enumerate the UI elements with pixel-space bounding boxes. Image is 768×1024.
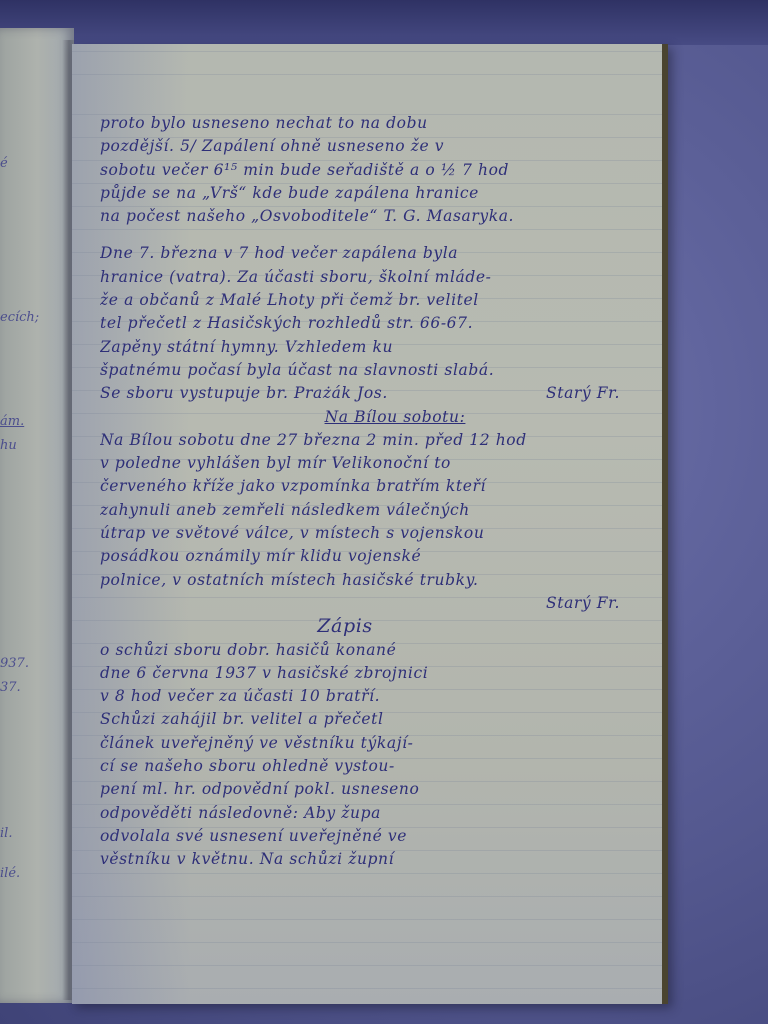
text-line: Schůzi zahájil br. velitel a přečetl	[100, 708, 650, 731]
text-line: cí se našeho sboru ohledně vystou-	[100, 755, 650, 778]
left-fragment: é	[0, 156, 8, 171]
signature: Starý Fr.	[100, 592, 650, 615]
left-fragment: 37.	[0, 680, 21, 695]
text-line: útrap ve světové válce, v místech s voje…	[100, 522, 650, 545]
text-line: pozdější. 5/ Zapálení ohně usneseno že v	[100, 135, 650, 158]
text-line: půjde se na „Vrš“ kde bude zapálena hran…	[100, 182, 650, 205]
left-fragment: hu	[0, 438, 17, 453]
text-line: že a občanů z Malé Lhoty při čemž br. ve…	[100, 289, 650, 312]
text-line: odvolala své usnesení uveřejněné ve	[100, 825, 650, 848]
text-line: tel přečetl z Hasičských rozhledů str. 6…	[100, 312, 650, 335]
text-line-content: Se sboru vystupuje br. Prażák Jos.	[100, 384, 388, 402]
section-heading: Na Bílou sobotu:	[100, 406, 650, 429]
left-fragment: ecích;	[0, 310, 39, 325]
left-fragment: il.	[0, 826, 12, 841]
section-heading: Zápis	[100, 615, 650, 638]
left-fragment: ilé.	[0, 866, 20, 881]
text-line: proto bylo usneseno nechat to na dobu	[100, 112, 650, 135]
text-line: věstníku v květnu. Na schůzi župní	[100, 848, 650, 871]
text-line: o schůzi sboru dobr. hasičů konané	[100, 639, 650, 662]
text-line: zahynuli aneb zemřeli následkem válečnýc…	[100, 499, 650, 522]
text-line: dne 6 června 1937 v hasičské zbrojnici	[100, 662, 650, 685]
text-line: pení ml. hr. odpovědní pokl. usneseno	[100, 778, 650, 801]
text-line: polnice, v ostatních místech hasičské tr…	[100, 569, 650, 592]
text-line: v poledne vyhlášen byl mír Velikonoční t…	[100, 452, 650, 475]
text-line: Na Bílou sobotu dne 27 března 2 min. pře…	[100, 429, 650, 452]
paragraph-1: proto bylo usneseno nechat to na dobu po…	[100, 112, 650, 228]
text-line: sobotu večer 6¹⁵ min bude seřadiště a o …	[100, 159, 650, 182]
text-line: Zapěny státní hymny. Vzhledem ku	[100, 336, 650, 359]
right-page: proto bylo usneseno nechat to na dobu po…	[72, 44, 668, 1004]
signature: Starý Fr.	[546, 382, 620, 405]
text-line: odpověděti následovně: Aby župa	[100, 802, 650, 825]
left-fragment: 937.	[0, 656, 29, 671]
text-line: červeného kříže jako vzpomínka bratřím k…	[100, 475, 650, 498]
left-fragment: ám.	[0, 414, 24, 429]
text-line: špatnému počasí byla účast na slavnosti …	[100, 359, 650, 382]
paragraph-4: o schůzi sboru dobr. hasičů konané dne 6…	[100, 639, 650, 872]
paragraph-2: Dne 7. března v 7 hod večer zapálena byl…	[100, 242, 650, 405]
paragraph-3: Na Bílou sobotu dne 27 března 2 min. pře…	[100, 429, 650, 615]
text-line: v 8 hod večer za účasti 10 bratří.	[100, 685, 650, 708]
text-line: článek uveřejněný ve věstníku týkají-	[100, 732, 650, 755]
background-cloth	[0, 0, 768, 45]
text-line: na počest našeho „Osvoboditele“ T. G. Ma…	[100, 205, 650, 228]
text-line: Dne 7. března v 7 hod večer zapálena byl…	[100, 242, 650, 265]
text-line: Se sboru vystupuje br. Prażák Jos. Starý…	[100, 382, 650, 405]
handwritten-text: proto bylo usneseno nechat to na dobu po…	[100, 112, 650, 872]
text-line: hranice (vatra). Za účasti sboru, školní…	[100, 266, 650, 289]
text-line: posádkou oznámily mír klidu vojenské	[100, 545, 650, 568]
